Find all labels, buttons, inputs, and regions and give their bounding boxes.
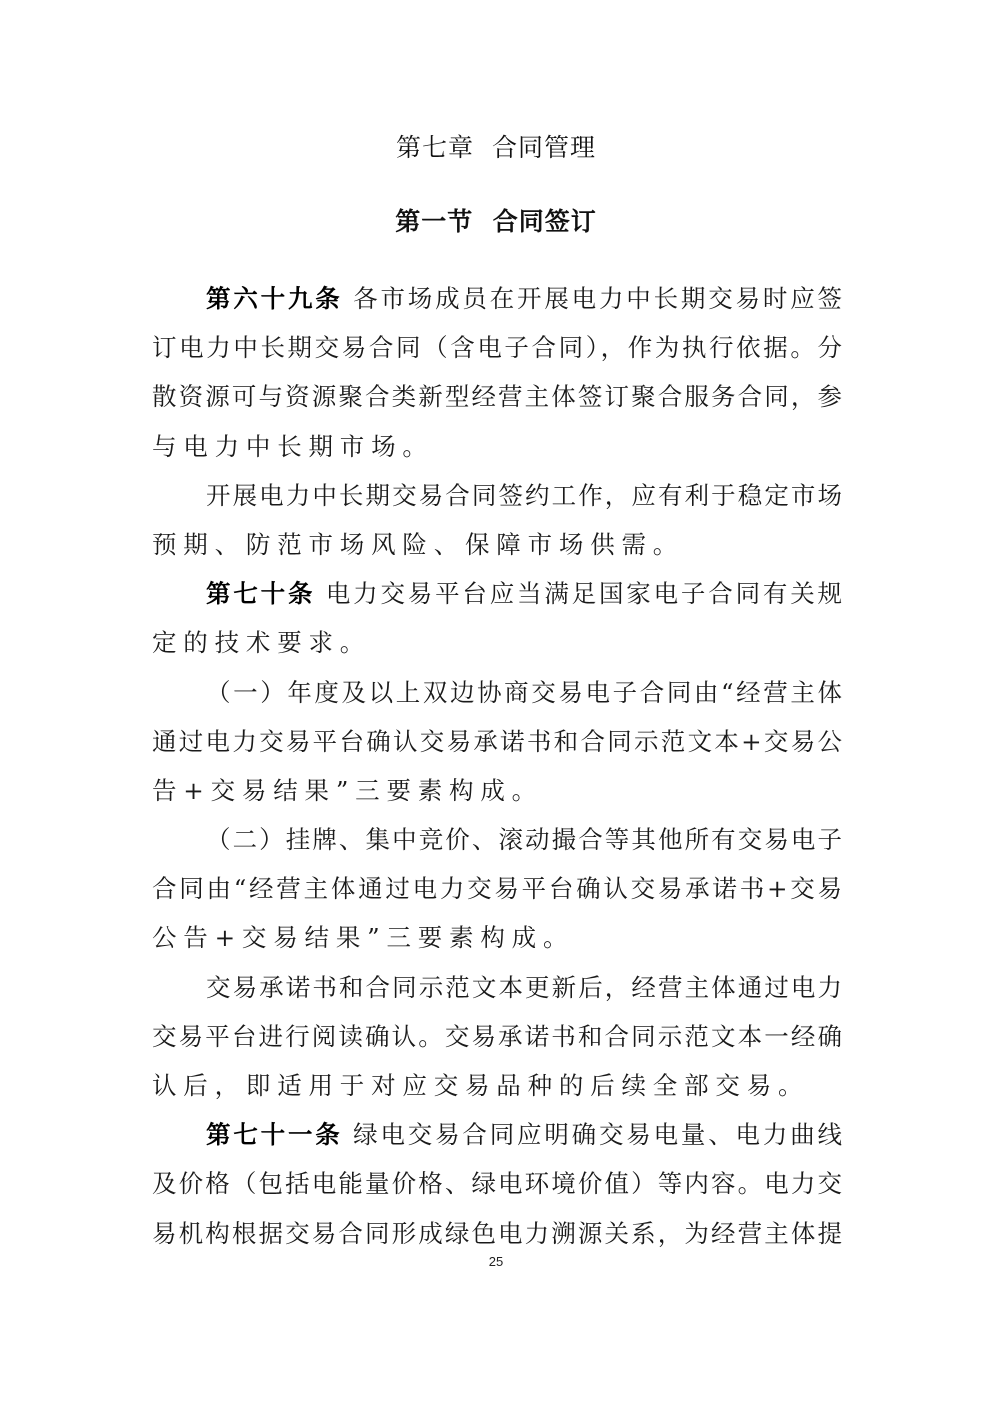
text-line: 认后，即适用于对应交易品种的后续全部交易。 [152, 1066, 842, 1115]
article-number: 第七十条 [206, 579, 315, 608]
text-line: 开展电力中长期交易合同签约工作，应有利于稳定市场 [152, 476, 842, 525]
text-line: 第六十九条 各市场成员在开展电力中长期交易时应签 [152, 279, 842, 328]
text-line: 预期、防范市场风险、保障市场供需。 [152, 525, 842, 574]
article-number: 第七十一条 [206, 1120, 343, 1149]
text-line: 定的技术要求。 [152, 623, 842, 672]
text-line: 及价格（包括电能量价格、绿电环境价值）等内容。电力交 [152, 1164, 842, 1213]
chapter-title: 第七章 合同管理 [0, 131, 992, 165]
text-line: 合同由“经营主体通过电力交易平台确认交易承诺书+交易 [152, 869, 842, 918]
text-line: 第七十一条 绿电交易合同应明确交易电量、电力曲线 [152, 1115, 842, 1164]
text-line: 与电力中长期市场。 [152, 427, 842, 476]
text-line: 订电力中长期交易合同（含电子合同），作为执行依据。分 [152, 328, 842, 377]
document-body: 第六十九条 各市场成员在开展电力中长期交易时应签 订电力中长期交易合同（含电子合… [152, 279, 842, 1263]
text-line: （二）挂牌、集中竞价、滚动撮合等其他所有交易电子 [152, 820, 842, 869]
text-line: 散资源可与资源聚合类新型经营主体签订聚合服务合同，参 [152, 377, 842, 426]
text-line: 交易承诺书和合同示范文本更新后，经营主体通过电力 [152, 968, 842, 1017]
page-number: 25 [0, 1254, 992, 1269]
text-line: 通过电力交易平台确认交易承诺书和合同示范文本+交易公 [152, 722, 842, 771]
document-page: 第七章 合同管理 第一节 合同签订 第六十九条 各市场成员在开展电力中长期交易时… [0, 0, 992, 1403]
text-line: 告+交易结果”三要素构成。 [152, 771, 842, 820]
article-70: 第七十条 电力交易平台应当满足国家电子合同有关规 定的技术要求。 （一）年度及以… [152, 574, 842, 1115]
article-71: 第七十一条 绿电交易合同应明确交易电量、电力曲线 及价格（包括电能量价格、绿电环… [152, 1115, 842, 1263]
article-69: 第六十九条 各市场成员在开展电力中长期交易时应签 订电力中长期交易合同（含电子合… [152, 279, 842, 574]
section-title: 第一节 合同签订 [0, 205, 992, 239]
text-line: （一）年度及以上双边协商交易电子合同由“经营主体 [152, 673, 842, 722]
text-line: 公告+交易结果”三要素构成。 [152, 918, 842, 967]
text-line: 交易平台进行阅读确认。交易承诺书和合同示范文本一经确 [152, 1017, 842, 1066]
text-line: 第七十条 电力交易平台应当满足国家电子合同有关规 [152, 574, 842, 623]
article-number: 第六十九条 [206, 284, 343, 313]
